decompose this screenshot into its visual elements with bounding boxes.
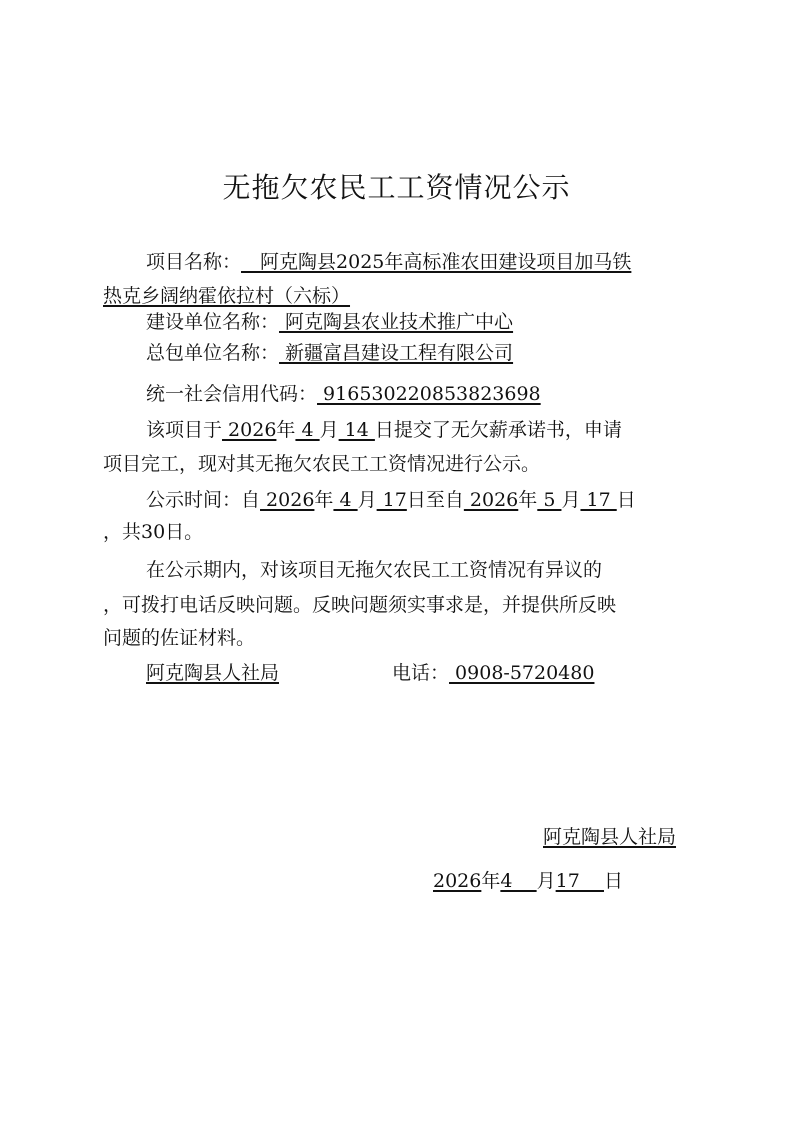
objection-line-3: 问题的佐证材料。 — [103, 626, 255, 650]
signature-org-name: 阿克陶县人社局 — [543, 826, 676, 848]
project-name-row-2: 热克乡阔纳霍依拉村（六标） — [103, 284, 350, 308]
start-day: 17 — [377, 489, 407, 511]
contact-phone-row: 电话： 0908-5720480 — [392, 661, 594, 685]
year-label: 年 — [314, 489, 333, 511]
signature-org: 阿克陶县人社局 — [543, 825, 676, 849]
submission-year: 2026 — [222, 419, 276, 441]
period-row: 公示时间：自 2026年 4 月 17日至自 2026年 5 月 17 日 — [146, 488, 636, 512]
start-year: 2026 — [260, 489, 314, 511]
project-name-row: 项目名称：__阿克陶县2025年高标准农田建设项目加马铁 — [146, 250, 631, 274]
document-title: 无拖欠农民工工资情况公示 — [0, 170, 793, 206]
phone-label: 电话： — [392, 662, 449, 684]
year-label: 年 — [276, 419, 295, 441]
contractor-label: 总包单位名称： — [146, 342, 279, 364]
end-month: 5 — [537, 489, 561, 511]
builder-label: 建设单位名称： — [146, 311, 279, 333]
contact-org-name: 阿克陶县人社局 — [146, 662, 279, 684]
builder-row: 建设单位名称： 阿克陶县农业技术推广中心 — [146, 310, 513, 334]
day-label: 日 — [604, 870, 623, 892]
period-label: 公示时间：自 — [146, 489, 260, 511]
phone-value: 0908-5720480 — [449, 662, 594, 684]
submission-day: 14 — [339, 419, 375, 441]
period-mid: 日至自 — [407, 489, 464, 511]
submission-row-2: 项目完工，现对其无拖欠农民工工资情况进行公示。 — [103, 452, 540, 476]
month-label: 月 — [537, 870, 556, 892]
submission-month: 4 — [295, 419, 319, 441]
year-label: 年 — [518, 489, 537, 511]
contractor-value: 新疆富昌建设工程有限公司 — [279, 342, 513, 364]
end-day: 17 — [580, 489, 616, 511]
builder-value: 阿克陶县农业技术推广中心 — [279, 311, 513, 333]
credit-code-row: 统一社会信用代码： 91653022085382369​8 — [146, 382, 541, 406]
objection-line-2: ，可拨打电话反映问题。反映问题须实事求是，并提供所反映 — [103, 593, 616, 617]
project-name-label: 项目名称： — [146, 251, 241, 273]
signature-date: 2026年4 月17 日 — [433, 869, 623, 893]
year-label: 年 — [481, 870, 500, 892]
month-label: 月 — [320, 419, 339, 441]
month-label: 月 — [358, 489, 377, 511]
credit-code-label: 统一社会信用代码： — [146, 383, 317, 405]
signature-month: 4 — [500, 870, 536, 892]
submission-suffix: 日提交了无欠薪承诺书，申请 — [375, 419, 622, 441]
credit-code-value: 91653022085382369​8 — [317, 383, 541, 405]
project-name-value-line1: __阿克陶县2025年高标准农田建设项目加马铁 — [241, 251, 631, 273]
signature-year: 2026 — [433, 870, 481, 892]
signature-day: 17 — [556, 870, 604, 892]
objection-line-1: 在公示期内，对该项目无拖欠农民工工资情况有异议的 — [146, 558, 602, 582]
period-row-2: ，共30日。 — [103, 520, 203, 544]
end-year: 2026 — [464, 489, 518, 511]
submission-row: 该项目于 2026年 4 月 14 日提交了无欠薪承诺书，申请 — [146, 418, 622, 442]
month-label: 月 — [561, 489, 580, 511]
submission-prefix: 该项目于 — [146, 419, 222, 441]
contractor-row: 总包单位名称： 新疆富昌建设工程有限公司 — [146, 341, 513, 365]
contact-org: 阿克陶县人社局 — [146, 661, 279, 685]
day-label: 日 — [617, 489, 636, 511]
project-name-value-line2: 热克乡阔纳霍依拉村（六标） — [103, 285, 350, 307]
start-month: 4 — [333, 489, 357, 511]
